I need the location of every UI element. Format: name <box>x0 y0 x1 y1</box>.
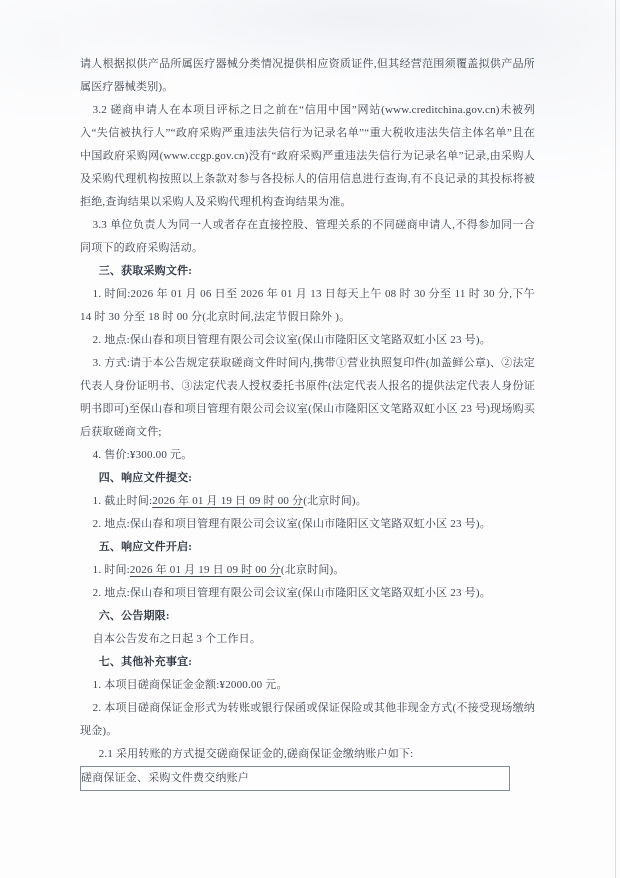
opening-time: 1. 时间:2026 年 01 月 19 日 09 时 00 分(北京时间)。 <box>80 559 535 582</box>
obtain-method: 3. 方式:请于本公告规定获取磋商文件时间内,携带①营业执照复印件(加盖鲜公章)… <box>80 352 535 444</box>
text-run: 自本公告发布之日起 3 个工作日。 <box>93 633 261 645</box>
section-heading-5-response-opening: 五、响应文件开启: <box>80 536 535 559</box>
section-heading-4-response-submission: 四、响应文件提交: <box>80 467 535 490</box>
text-run: 3.3 单位负责人为同一人或者存在直接控股、管理关系的不同磋商申请人,不得参加同… <box>80 219 535 254</box>
text-run: 2. 地点:保山春和项目管理有限公司会议室(保山市隆阳区文笔路双虹小区 23 号… <box>93 587 491 599</box>
deposit-amount: 1. 本项目磋商保证金金额:¥2000.00 元。 <box>80 674 535 697</box>
text-run: 1. 时间: <box>93 564 130 576</box>
deposit-form: 2. 本项目磋商保证金形式为转账或银行保函或保证保险或其他非现金方式(不接受现场… <box>80 697 535 743</box>
submission-location: 2. 地点:保山春和项目管理有限公司会议室(保山市隆阳区文笔路双虹小区 23 号… <box>80 513 535 536</box>
text-run: 2. 地点:保山春和项目管理有限公司会议室(保山市隆阳区文笔路双虹小区 23 号… <box>93 518 491 530</box>
clause-3-3-same-legal-person: 3.3 单位负责人为同一人或者存在直接控股、管理关系的不同磋商申请人,不得参加同… <box>80 214 535 260</box>
account-info-box: 磋商保证金、采购文件费交纳账户 <box>80 766 510 791</box>
clause-3-2-credit-check: 3.2 磋商申请人在本项目评标之日之前在“信用中国”网站(www.creditc… <box>80 99 535 214</box>
announcement-period-text: 自本公告发布之日起 3 个工作日。 <box>80 628 535 651</box>
text-run: 四、响应文件提交: <box>99 472 192 484</box>
text-run: 1. 截止时间: <box>93 495 153 507</box>
section-heading-3-obtain-documents: 三、获取采购文件: <box>80 260 535 283</box>
text-run: (北京时间)。 <box>303 495 367 507</box>
text-run: 七、其他补充事宜: <box>99 656 192 668</box>
document-content: 请人根据拟供产品所属医疗器械分类情况提供相应资质证件,但其经营范围须覆盖拟供产品… <box>80 53 535 791</box>
obtain-time: 1. 时间:2026 年 01 月 06 日至 2026 年 01 月 13 日… <box>80 283 535 329</box>
text-run: 1. 本项目磋商保证金金额:¥2000.00 元。 <box>93 679 288 691</box>
obtain-price: 4. 售价:¥300.00 元。 <box>80 444 535 467</box>
text-run: 三、获取采购文件: <box>99 265 192 277</box>
opening-location: 2. 地点:保山春和项目管理有限公司会议室(保山市隆阳区文笔路双虹小区 23 号… <box>80 582 535 605</box>
text-run: 五、响应文件开启: <box>99 541 192 553</box>
text-run: 2.1 采用转账的方式提交磋商保证金的,磋商保证金缴纳账户如下: <box>99 748 414 760</box>
text-run: 2. 本项目磋商保证金形式为转账或银行保函或保证保险或其他非现金方式(不接受现场… <box>80 702 535 737</box>
underlined-date: 2026 年 01 月 19 日 09 时 00 分 <box>152 495 303 507</box>
obtain-location: 2. 地点:保山春和项目管理有限公司会议室(保山市隆阳区文笔路双虹小区 23 号… <box>80 329 535 352</box>
text-run: 磋商保证金、采购文件费交纳账户 <box>81 772 249 784</box>
text-run: 3. 方式:请于本公告规定获取磋商文件时间内,携带①营业执照复印件(加盖鲜公章)… <box>80 357 535 438</box>
section-heading-7-other-matters: 七、其他补充事宜: <box>80 651 535 674</box>
text-run: 请人根据拟供产品所属医疗器械分类情况提供相应资质证件,但其经营范围须覆盖拟供产品… <box>80 58 535 93</box>
scanned-document-page: 请人根据拟供产品所属医疗器械分类情况提供相应资质证件,但其经营范围须覆盖拟供产品… <box>0 0 620 878</box>
section-heading-6-announcement-period: 六、公告期限: <box>80 605 535 628</box>
text-run: 4. 售价:¥300.00 元。 <box>93 449 193 461</box>
continued-paragraph: 请人根据拟供产品所属医疗器械分类情况提供相应资质证件,但其经营范围须覆盖拟供产品… <box>80 53 535 99</box>
underlined-date: 2026 年 01 月 19 日 09 时 00 分 <box>130 564 281 576</box>
text-run: 2. 地点:保山春和项目管理有限公司会议室(保山市隆阳区文笔路双虹小区 23 号… <box>93 334 491 346</box>
submission-deadline: 1. 截止时间:2026 年 01 月 19 日 09 时 00 分(北京时间)… <box>80 490 535 513</box>
text-run: 1. 时间:2026 年 01 月 06 日至 2026 年 01 月 13 日… <box>80 288 535 323</box>
text-run: 3.2 磋商申请人在本项目评标之日之前在“信用中国”网站(www.creditc… <box>80 104 535 208</box>
text-run: (北京时间)。 <box>281 564 345 576</box>
deposit-transfer-clause: 2.1 采用转账的方式提交磋商保证金的,磋商保证金缴纳账户如下: <box>80 743 535 766</box>
text-run: 六、公告期限: <box>99 610 170 622</box>
